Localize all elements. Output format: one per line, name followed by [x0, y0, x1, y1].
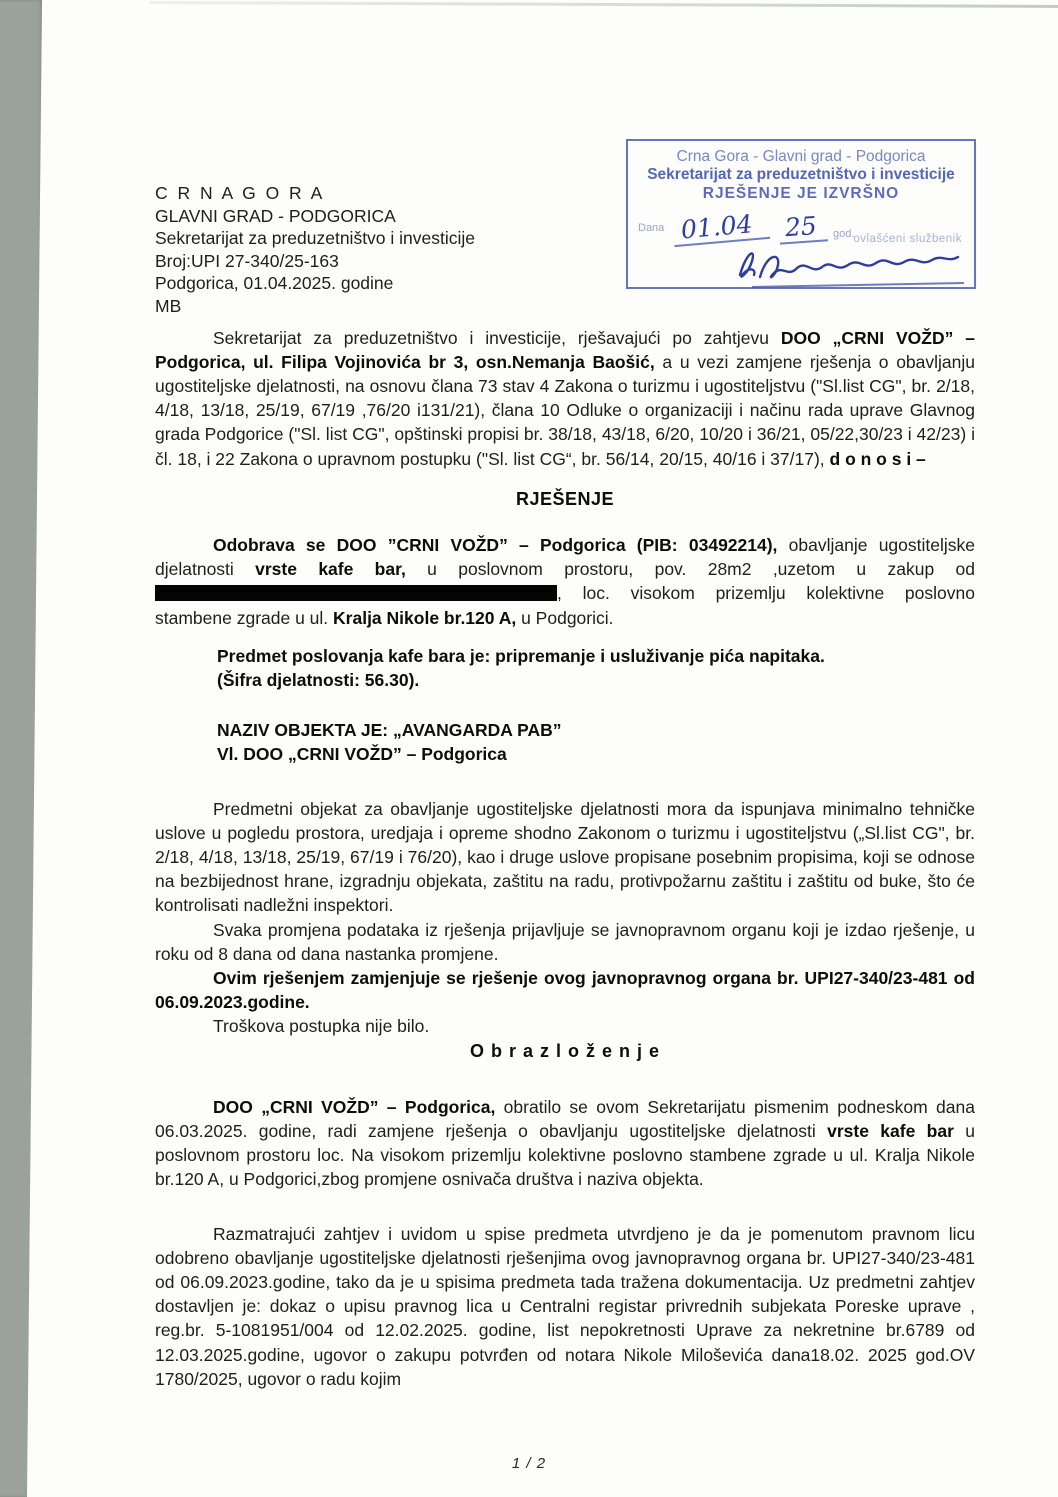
intro-text-1: Sekretarijat za preduzetništvo i investi… [213, 328, 781, 348]
request-company-bold: DOO „CRNI VOŽD” – Podgorica, [213, 1097, 495, 1117]
decision-heading: RJEŠENJE [155, 487, 975, 511]
request-type-bold: vrste kafe bar [827, 1121, 954, 1141]
scanned-document-page: Crna Gora - Glavni grad - Podgorica Sekr… [0, 0, 1058, 1497]
letterhead: C R N A G O R A GLAVNI GRAD - PODGORICA … [155, 182, 975, 318]
activity-code-line: (Šifra djelatnosti: 56.30). [217, 668, 975, 692]
letterhead-number: Broj:UPI 27-340/25-163 [155, 250, 975, 273]
letterhead-department: Sekretarijat za preduzetništvo i investi… [155, 227, 975, 250]
intro-paragraph: Sekretarijat za preduzetništvo i investi… [155, 326, 975, 471]
object-owner-line: Vl. DOO „CRNI VOŽD” – Podgorica [217, 742, 975, 766]
change-notice-paragraph: Svaka promjena podataka iz rješenja prij… [155, 918, 975, 966]
approval-type-bold: vrste kafe bar, [255, 559, 406, 579]
letterhead-place-date: Podgorica, 01.04.2025. godine [155, 272, 975, 295]
approval-paragraph: Odobrava se DOO ”CRNI VOŽD” – Podgorica … [155, 533, 975, 630]
scanner-edge-artifact-left [0, 0, 44, 1497]
review-paragraph: Razmatrajući zahtjev i uvidom u spise pr… [155, 1222, 975, 1391]
object-name-block: NAZIV OBJEKTA JE: „AVANGARDA PAB” Vl. DO… [217, 718, 975, 766]
replacement-paragraph: Ovim rješenjem zamjenjuje se rješenje ov… [155, 966, 975, 1014]
business-subject-block: Predmet poslovanja kafe bara je: priprem… [217, 644, 975, 692]
conditions-paragraph: Predmetni objekat za obavljanje ugostite… [155, 797, 975, 918]
approval-company-bold: Odobrava se DOO ”CRNI VOŽD” – Podgorica … [213, 535, 777, 555]
letterhead-city: GLAVNI GRAD - PODGORICA [155, 205, 975, 228]
page-number: 1 / 2 [0, 1455, 1058, 1472]
letterhead-initials: MB [155, 295, 975, 318]
document-body: C R N A G O R A GLAVNI GRAD - PODGORICA … [155, 0, 975, 1391]
letterhead-country: C R N A G O R A [155, 182, 975, 205]
object-name-line: NAZIV OBJEKTA JE: „AVANGARDA PAB” [217, 718, 975, 742]
explanation-heading: O b r a z l o ž e n j e [155, 1039, 975, 1063]
intro-donosi-bold: d o n o s i – [830, 449, 926, 469]
costs-paragraph: Troškova postupka nije bilo. [155, 1014, 975, 1038]
approval-address-bold: Kralja Nikole br.120 A, [333, 608, 516, 628]
approval-text-4: u Podgorici. [516, 608, 613, 628]
approval-text-2: u poslovnom prostoru, pov. 28m2 ,uzetom … [406, 559, 975, 579]
redaction-bar [155, 585, 557, 601]
business-subject-line: Predmet poslovanja kafe bara je: priprem… [217, 644, 975, 668]
request-paragraph: DOO „CRNI VOŽD” – Podgorica, obratilo se… [155, 1095, 975, 1192]
